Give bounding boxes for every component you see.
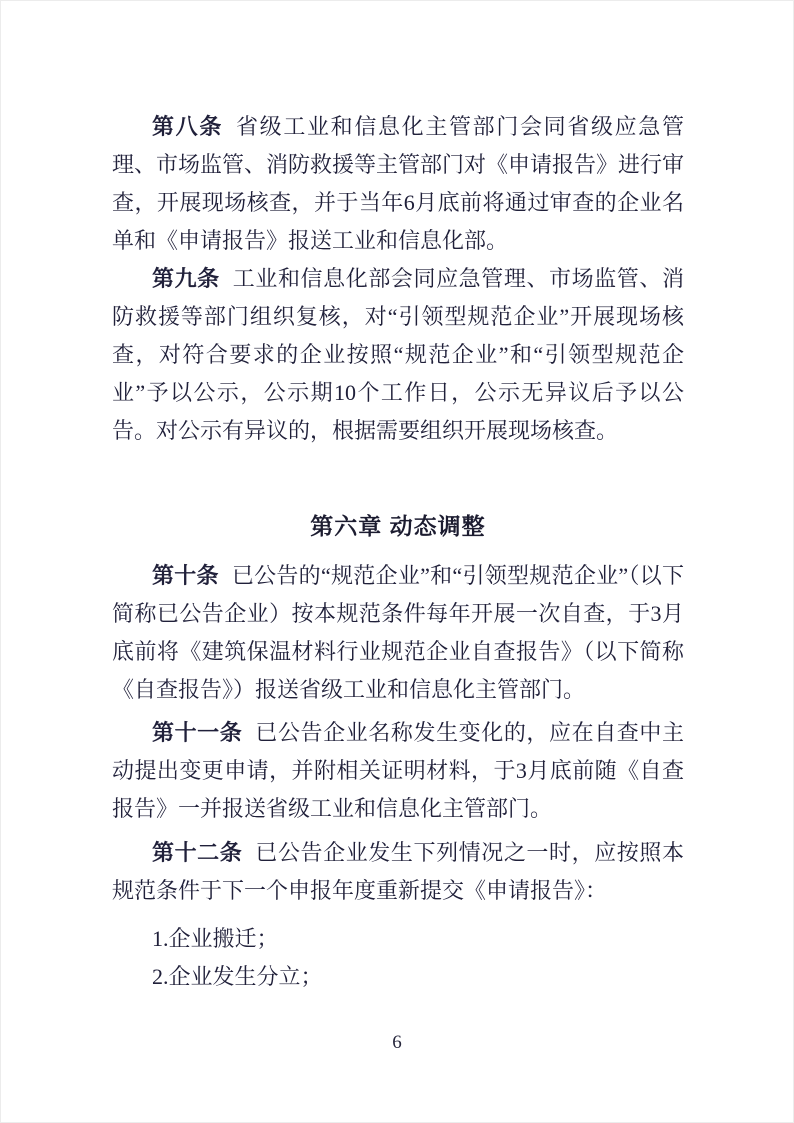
article-11-number: 第十一条 [152,720,242,745]
ordered-item-2: 2.企业发生分立； [112,958,684,996]
ordered-item-1: 1.企业搬迁； [112,920,684,958]
article-9-number: 第九条 [152,266,220,291]
article-8-number: 第八条 [152,114,223,139]
article-12-number: 第十二条 [152,840,242,865]
article-10-paragraph: 第十条已公告的“规范企业”和“引领型规范企业”（以下简称已公告企业）按本规范条件… [112,557,684,709]
article-11-paragraph: 第十一条已公告企业名称发生变化的，应在自查中主动提出变更申请，并附相关证明材料，… [112,714,684,828]
article-8-paragraph: 第八条省级工业和信息化主管部门会同省级应急管理、市场监管、消防救援等主管部门对《… [112,108,684,260]
document-body: 第八条省级工业和信息化主管部门会同省级应急管理、市场监管、消防救援等主管部门对《… [112,108,684,996]
chapter-heading: 第六章 动态调整 [112,507,684,545]
article-9-text: 工业和信息化部会同应急管理、市场监管、消防救援等部门组织复核，对“引领型规范企业… [112,266,684,443]
article-9-paragraph: 第九条工业和信息化部会同应急管理、市场监管、消防救援等部门组织复核，对“引领型规… [112,260,684,450]
article-12-paragraph: 第十二条已公告企业发生下列情况之一时，应按照本规范条件于下一个申报年度重新提交《… [112,834,684,910]
page-number: 6 [0,1031,794,1055]
article-10-number: 第十条 [152,563,219,588]
document-page: 第八条省级工业和信息化主管部门会同省级应急管理、市场监管、消防救援等主管部门对《… [0,0,794,1123]
